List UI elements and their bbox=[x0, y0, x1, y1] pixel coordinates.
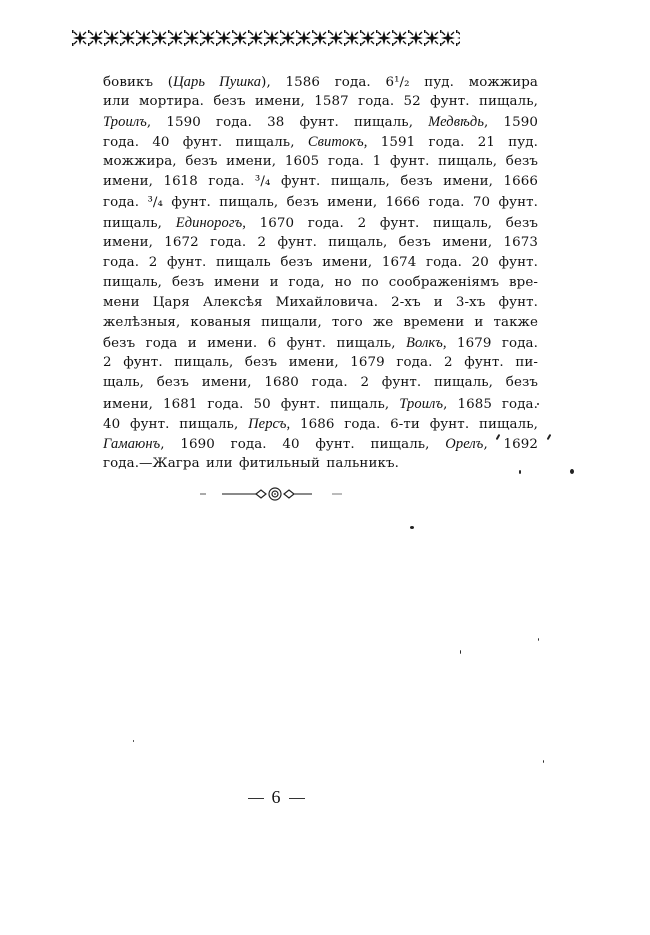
text-line: или мортира. безъ имени, 1587 года. 52 ф… bbox=[103, 92, 538, 112]
text-line: пищаль, безъ имени и года, но по соображ… bbox=[103, 273, 538, 293]
text-run: можжира, безъ имени, 1605 года. 1 фунт. … bbox=[103, 154, 538, 169]
text-run: безъ года и имени. 6 фунт. пищаль, bbox=[103, 336, 406, 351]
page-number: 6 bbox=[236, 787, 316, 808]
text-run: мени Царя Алексѣя Михайловича. 2-хъ и 3-… bbox=[103, 295, 538, 310]
text-line: Троилъ, 1590 года. 38 фунт. пищаль, Медв… bbox=[103, 112, 538, 132]
text-run: , 1590 bbox=[484, 115, 538, 130]
text-line: можжира, безъ имени, 1605 года. 1 фунт. … bbox=[103, 152, 538, 172]
text-line: щаль, безъ имени, 1680 года. 2 фунт. пищ… bbox=[103, 373, 538, 393]
text-line: 40 фунт. пищаль, Персъ, 1686 года. 6-ти … bbox=[103, 414, 538, 434]
scan-speck bbox=[537, 403, 539, 405]
text-run: ), 1586 года. 6¹/₂ пуд. можжира bbox=[261, 75, 538, 90]
italic-name: Свитокъ, bbox=[308, 134, 368, 150]
text-run: года. 2 фунт. пищаль безъ имени, 1674 го… bbox=[103, 255, 538, 270]
text-run: имени, 1618 года. ³/₄ фунт. пищаль, безъ… bbox=[103, 174, 538, 189]
ornament-pattern-icon bbox=[72, 30, 460, 46]
text-run: , 1590 года. 38 фунт. пищаль, bbox=[147, 115, 428, 130]
text-run: или мортира. безъ имени, 1587 года. 52 ф… bbox=[103, 94, 538, 109]
text-run: 40 фунт. пищаль, bbox=[103, 417, 248, 432]
text-line: Гамаюнъ, 1690 года. 40 фунт. пищаль, Оре… bbox=[103, 434, 538, 454]
text-run: имени, 1672 года. 2 фунт. пищаль, безъ и… bbox=[103, 235, 538, 250]
italic-name: Волкъ, bbox=[406, 335, 447, 351]
italic-name: Единорогъ, bbox=[176, 215, 246, 231]
text-line: мени Царя Алексѣя Михайловича. 2-хъ и 3-… bbox=[103, 293, 538, 313]
dash-left bbox=[248, 798, 264, 799]
text-line: имени, 1672 года. 2 фунт. пищаль, безъ и… bbox=[103, 233, 538, 253]
italic-name: Царь Пушка bbox=[173, 74, 261, 90]
header-ornament-band bbox=[72, 30, 460, 46]
text-run: , 1690 года. 40 фунт. пищаль, bbox=[160, 437, 445, 452]
text-line: имени, 1681 года. 50 фунт. пищаль, Троил… bbox=[103, 394, 538, 414]
text-line: года.—Жагра или фитильный пальникъ. bbox=[103, 454, 538, 474]
italic-name: Троилъ bbox=[399, 396, 443, 412]
text-run: имени, 1681 года. 50 фунт. пищаль, bbox=[103, 397, 399, 412]
italic-name: Троилъ bbox=[103, 114, 147, 130]
text-line: имени, 1618 года. ³/₄ фунт. пищаль, безъ… bbox=[103, 172, 538, 192]
dash-right bbox=[289, 798, 305, 799]
text-line: безъ года и имени. 6 фунт. пищаль, Волкъ… bbox=[103, 333, 538, 353]
text-line: года. 40 фунт. пищаль, Свитокъ, 1591 год… bbox=[103, 132, 538, 152]
scan-speck bbox=[543, 760, 544, 763]
text-run: 1591 года. 21 пуд. bbox=[367, 135, 538, 150]
scan-speck bbox=[547, 434, 552, 440]
italic-name: Персъ, bbox=[248, 416, 290, 432]
italic-name: Орелъ bbox=[445, 436, 483, 452]
scan-speck bbox=[519, 470, 521, 474]
text-line: года. ³/₄ фунт. пищаль, безъ имени, 1666… bbox=[103, 193, 538, 213]
scan-speck bbox=[410, 526, 414, 529]
text-run: 2 фунт. пищаль, безъ имени, 1679 года. 2… bbox=[103, 355, 538, 370]
text-run: года. 40 фунт. пищаль, bbox=[103, 135, 308, 150]
scan-speck bbox=[570, 469, 574, 474]
text-run: желѣзныя, кованыя пищали, того же времен… bbox=[103, 315, 538, 330]
spiral-ornament-icon bbox=[200, 485, 350, 503]
text-run: , 1685 года. bbox=[443, 397, 538, 412]
text-run: года.—Жагра или фитильный пальникъ. bbox=[103, 456, 399, 471]
text-line: пищаль, Единорогъ, 1670 года. 2 фунт. пи… bbox=[103, 213, 538, 233]
italic-name: Медвѣдь bbox=[428, 114, 484, 130]
section-divider bbox=[200, 485, 350, 503]
scan-speck bbox=[133, 740, 134, 742]
body-text: бовикъ (Царь Пушка), 1586 года. 6¹/₂ пуд… bbox=[103, 72, 538, 474]
page-number-value: 6 bbox=[272, 787, 281, 807]
italic-name: Гамаюнъ bbox=[103, 436, 160, 452]
text-run: , 1692 bbox=[483, 437, 538, 452]
text-line: бовикъ (Царь Пушка), 1586 года. 6¹/₂ пуд… bbox=[103, 72, 538, 92]
text-line: 2 фунт. пищаль, безъ имени, 1679 года. 2… bbox=[103, 353, 538, 373]
text-run: 1679 года. bbox=[447, 336, 538, 351]
text-run: щаль, безъ имени, 1680 года. 2 фунт. пищ… bbox=[103, 375, 538, 390]
text-line: желѣзныя, кованыя пищали, того же времен… bbox=[103, 313, 538, 333]
text-run: 1670 года. 2 фунт. пищаль, безъ bbox=[246, 216, 538, 231]
scan-speck bbox=[538, 638, 539, 641]
text-run: 1686 года. 6-ти фунт. пищаль, bbox=[290, 417, 538, 432]
text-run: пищаль, безъ имени и года, но по соображ… bbox=[103, 275, 538, 290]
text-run: пищаль, bbox=[103, 216, 176, 231]
text-run: года. ³/₄ фунт. пищаль, безъ имени, 1666… bbox=[103, 195, 538, 210]
scan-speck bbox=[460, 650, 461, 654]
text-line: года. 2 фунт. пищаль безъ имени, 1674 го… bbox=[103, 253, 538, 273]
text-run: бовикъ ( bbox=[103, 75, 173, 90]
